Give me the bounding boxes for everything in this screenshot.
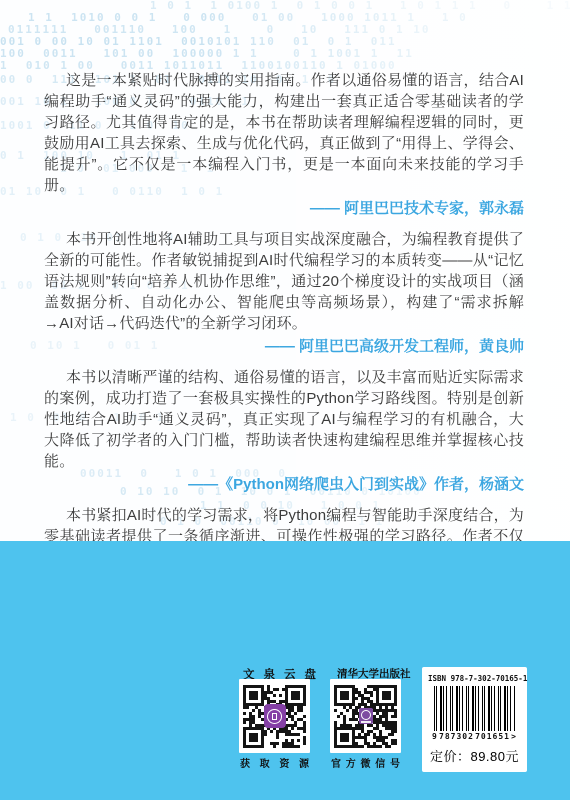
wechat-qr-code [330, 679, 401, 753]
resource-qr-caption: 获取资源 [240, 755, 309, 770]
publisher-band: 文泉云盘 清华大学出版社 获取资源 官方微信号 ISBN 978-7-302-7… [0, 541, 570, 800]
testimonial-text: 这是一本紧贴时代脉搏的实用指南。作者以通俗易懂的语言，结合AI编程助手“通义灵码… [44, 70, 524, 196]
testimonial-attribution: —— 阿里巴巴高级开发工程师，黄良帅 [44, 336, 524, 357]
barcode-digit-group: 9 [432, 732, 438, 741]
wenquan-logo-icon [264, 704, 286, 728]
testimonial-attribution: —— 阿里巴巴技术专家，郭永磊 [44, 198, 524, 219]
barcode [434, 686, 515, 731]
testimonial-2: 本书开创性地将AI辅助工具与项目实战深度融合，为编程教育提供了全新的可能性。作者… [44, 229, 524, 357]
testimonial-list: 这是一本紧贴时代脉搏的实用指南。作者以通俗易懂的语言，结合AI编程助手“通义灵码… [0, 0, 570, 541]
testimonial-text: 本书开创性地将AI辅助工具与项目实战深度融合，为编程教育提供了全新的可能性。作者… [44, 229, 524, 334]
wechat-qr-caption: 官方微信号 [331, 755, 400, 770]
testimonial-3: 本书以清晰严谨的结构、通俗易懂的语言，以及丰富而贴近实际需求的案例，成功打造了一… [44, 367, 524, 495]
tsinghua-press-logo-icon [359, 708, 373, 724]
price-label: 定价：89.80元 [428, 746, 521, 765]
resource-qr-code [239, 679, 310, 753]
isbn-label: ISBN 978-7-302-70165-1 [428, 674, 521, 683]
testimonial-1: 这是一本紧贴时代脉搏的实用指南。作者以通俗易懂的语言，结合AI编程助手“通义灵码… [44, 70, 524, 219]
testimonial-4: 本书紧扣AI时代的学习需求，将Python编程与智能助手深度结合，为零基础读者提… [44, 505, 524, 541]
testimonial-text: 本书以清晰严谨的结构、通俗易懂的语言，以及丰富而贴近实际需求的案例，成功打造了一… [44, 367, 524, 472]
testimonial-text: 本书紧扣AI时代的学习需求，将Python编程与智能助手深度结合，为零基础读者提… [44, 505, 524, 541]
isbn-barcode-box: ISBN 978-7-302-70165-1 9 787302 701651 >… [422, 667, 527, 772]
book-back-cover: 1 0 1 1 0100 1 0 1 0 0 1 1 0 1 1 1 0 1 1… [0, 0, 570, 800]
barcode-digit-group: 701651 [475, 732, 510, 741]
barcode-digit-group: > [511, 732, 517, 741]
barcode-digit-group: 787302 [439, 732, 474, 741]
testimonial-attribution: ——《Python网络爬虫入门到实战》作者，杨涵文 [44, 474, 524, 495]
barcode-digits: 9 787302 701651 > [432, 732, 517, 741]
testimonials-section: 1 0 1 1 0100 1 0 1 0 0 1 1 0 1 1 1 0 1 1… [0, 0, 570, 541]
